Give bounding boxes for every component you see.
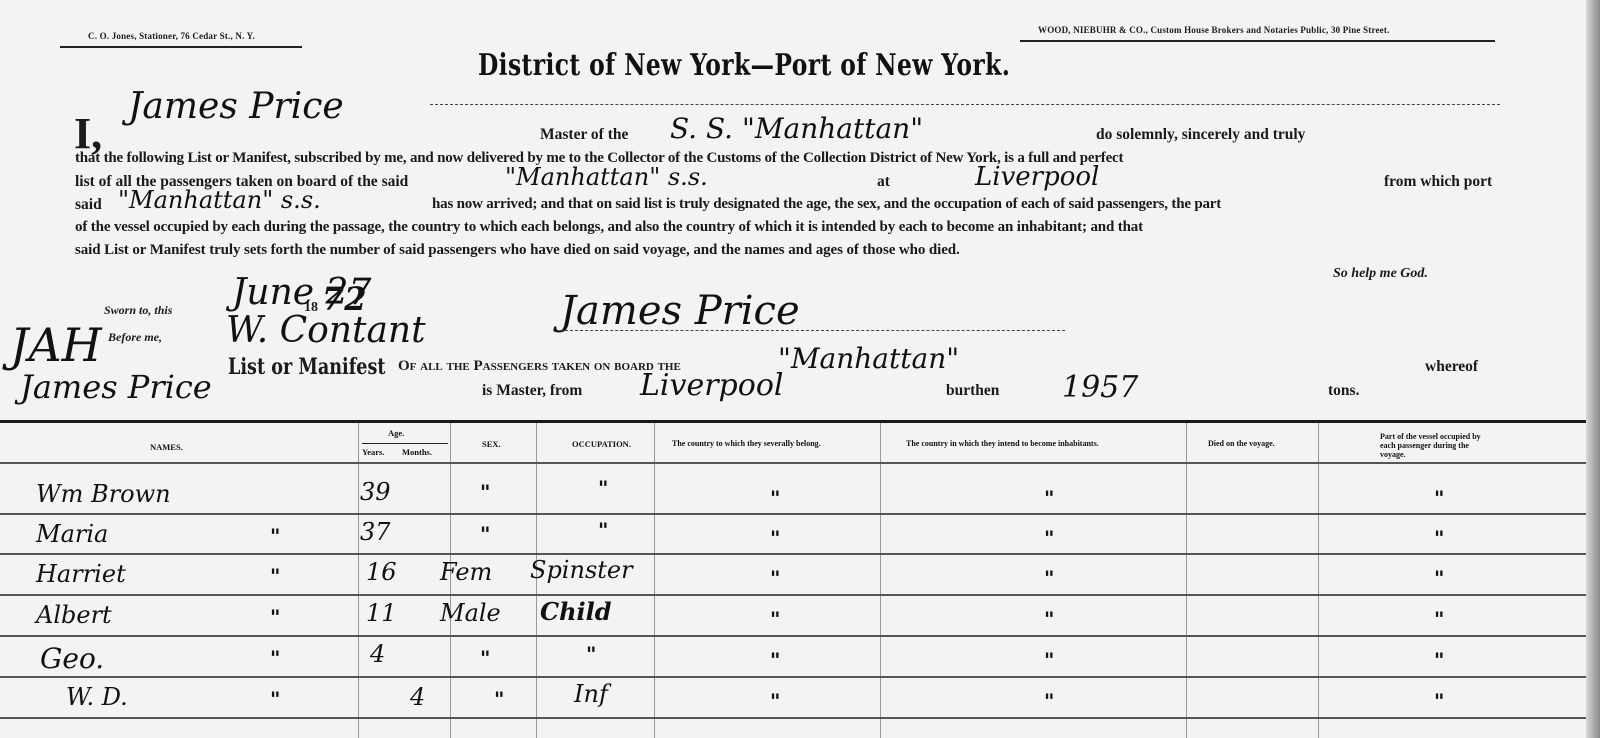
- surname-ditto: ": [270, 605, 280, 629]
- occupation-ditto: ": [598, 518, 608, 542]
- part-ditto: ": [1434, 526, 1444, 550]
- master-of-the-label: Master of the: [540, 126, 628, 144]
- surname-ditto: ": [270, 646, 280, 670]
- column-divider: [654, 423, 655, 738]
- passenger-name: Harriet: [36, 560, 126, 588]
- intend-ditto: ": [1044, 486, 1054, 510]
- sex-ditto: ": [494, 687, 504, 711]
- part-ditto: ": [1434, 648, 1444, 672]
- divider: [362, 443, 448, 444]
- solemnly-text: do solemnly, sincerely and truly: [1096, 126, 1305, 144]
- age-months: 4: [410, 683, 425, 711]
- part-ditto: ": [1434, 689, 1444, 713]
- row-rule: [0, 594, 1600, 596]
- occupation: Spinster: [530, 556, 633, 584]
- column-header-age: Age.: [388, 428, 404, 438]
- intend-ditto: ": [1044, 607, 1054, 631]
- surname-ditto: ": [270, 564, 280, 588]
- official-signature: W. Contant: [226, 310, 426, 351]
- column-header-occupation: OCCUPATION.: [572, 439, 631, 449]
- passenger-name: Wm Brown: [36, 480, 171, 508]
- part-ditto: ": [1434, 486, 1444, 510]
- belong-ditto: ": [770, 566, 780, 590]
- divider: [60, 46, 302, 48]
- passenger-name: W. D.: [66, 683, 128, 711]
- belong-ditto: ": [770, 607, 780, 631]
- at-label: at: [877, 173, 890, 191]
- printer-imprint-right: WOOD, NIEBUHR & CO., Custom House Broker…: [1038, 25, 1390, 35]
- tons-label: tons.: [1328, 382, 1359, 400]
- oath-line-5: of the vessel occupied by each during th…: [75, 219, 1143, 236]
- column-divider: [358, 423, 359, 738]
- ship-name-handwritten-2: "Manhattan" s.s.: [505, 163, 708, 191]
- belong-ditto: ": [770, 689, 780, 713]
- sex-ditto: ": [480, 480, 490, 504]
- header-bottom-rule: [0, 462, 1600, 464]
- so-help-me-god: So help me God.: [1333, 266, 1428, 282]
- age-years: 11: [366, 599, 397, 627]
- document-title: District of New York—Port of New York.: [478, 48, 1010, 83]
- intend-ditto: ": [1044, 648, 1054, 672]
- column-header-part-vessel: Part of the vessel occupied by each pass…: [1380, 432, 1490, 459]
- row-rule: [0, 717, 1600, 719]
- intend-ditto: ": [1044, 526, 1054, 550]
- from-which-port-label: from which port: [1384, 173, 1492, 191]
- row-rule: [0, 676, 1600, 678]
- age-years: 39: [360, 478, 391, 506]
- part-ditto: ": [1434, 566, 1444, 590]
- margin-initials: JAH: [10, 318, 102, 372]
- occupation: Inf: [574, 680, 608, 708]
- belong-ditto: ": [770, 648, 780, 672]
- printer-imprint-left: C. O. Jones, Stationer, 76 Cedar St., N.…: [88, 31, 255, 41]
- surname-ditto: ": [270, 524, 280, 548]
- master-name-handwritten: James Price: [128, 86, 344, 127]
- column-divider: [1186, 423, 1187, 738]
- column-divider: [880, 423, 881, 738]
- divider: [1020, 40, 1495, 42]
- manifest-title-rest: Of all the Passengers taken on board the: [398, 358, 681, 375]
- manifest-ship-handwritten: "Manhattan": [778, 342, 959, 375]
- sex-ditto: ": [480, 522, 490, 546]
- column-header-died: Died on the voyage.: [1208, 439, 1275, 449]
- sex: Male: [440, 599, 501, 627]
- column-header-country-intend: The country in which they intend to beco…: [906, 439, 1099, 449]
- age-years: 4: [370, 640, 385, 668]
- row-rule: [0, 553, 1600, 555]
- column-header-months: Months.: [402, 447, 432, 457]
- passenger-name: Geo.: [40, 642, 104, 675]
- belong-ditto: ": [770, 526, 780, 550]
- surname-ditto: ": [270, 687, 280, 711]
- occupation-ditto: ": [586, 642, 596, 666]
- manifest-title: List or Manifest: [228, 354, 386, 380]
- manifest-master-handwritten: James Price: [20, 368, 212, 406]
- ship-name-handwritten: S. S. "Manhattan": [670, 112, 923, 145]
- occupation: Child: [540, 597, 612, 626]
- page-edge-shadow: [1586, 0, 1600, 738]
- row-rule: [0, 635, 1600, 637]
- from-port-handwritten: Liverpool: [640, 368, 783, 403]
- port-handwritten: Liverpool: [975, 162, 1099, 192]
- oath-line-4a: said: [75, 196, 102, 214]
- sworn-label: Sworn to, this: [104, 303, 172, 318]
- sex-ditto: ": [480, 646, 490, 670]
- oath-line-6: said List or Manifest truly sets forth t…: [75, 242, 960, 259]
- age-years: 16: [366, 558, 397, 586]
- passenger-name: Albert: [36, 601, 112, 629]
- ship-name-handwritten-3: "Manhattan" s.s.: [118, 186, 321, 214]
- intend-ditto: ": [1044, 689, 1054, 713]
- master-signature: James Price: [560, 288, 800, 334]
- fill-line: [430, 104, 1500, 105]
- age-years: 37: [360, 518, 391, 546]
- occupation-ditto: ": [598, 476, 608, 500]
- column-header-names: NAMES.: [150, 442, 183, 452]
- column-divider: [1318, 423, 1319, 738]
- tonnage-handwritten: 1957: [1062, 370, 1138, 405]
- oath-line-4b: has now arrived; and that on said list i…: [432, 196, 1221, 213]
- column-header-country-belong: The country to which they severally belo…: [672, 439, 821, 449]
- table-top-rule: [0, 420, 1600, 423]
- whereof-label: whereof: [1425, 358, 1478, 376]
- intend-ditto: ": [1044, 566, 1054, 590]
- signature-line: [560, 330, 1065, 331]
- is-master-from-label: is Master, from: [482, 382, 582, 400]
- belong-ditto: ": [770, 486, 780, 510]
- column-header-years: Years.: [362, 447, 384, 457]
- before-me-label: Before me,: [108, 330, 162, 345]
- passenger-name: Maria: [36, 520, 108, 548]
- sex: Fem: [440, 558, 492, 586]
- row-rule: [0, 513, 1600, 515]
- burthen-label: burthen: [946, 382, 999, 400]
- column-header-sex: SEX.: [482, 439, 501, 449]
- part-ditto: ": [1434, 607, 1444, 631]
